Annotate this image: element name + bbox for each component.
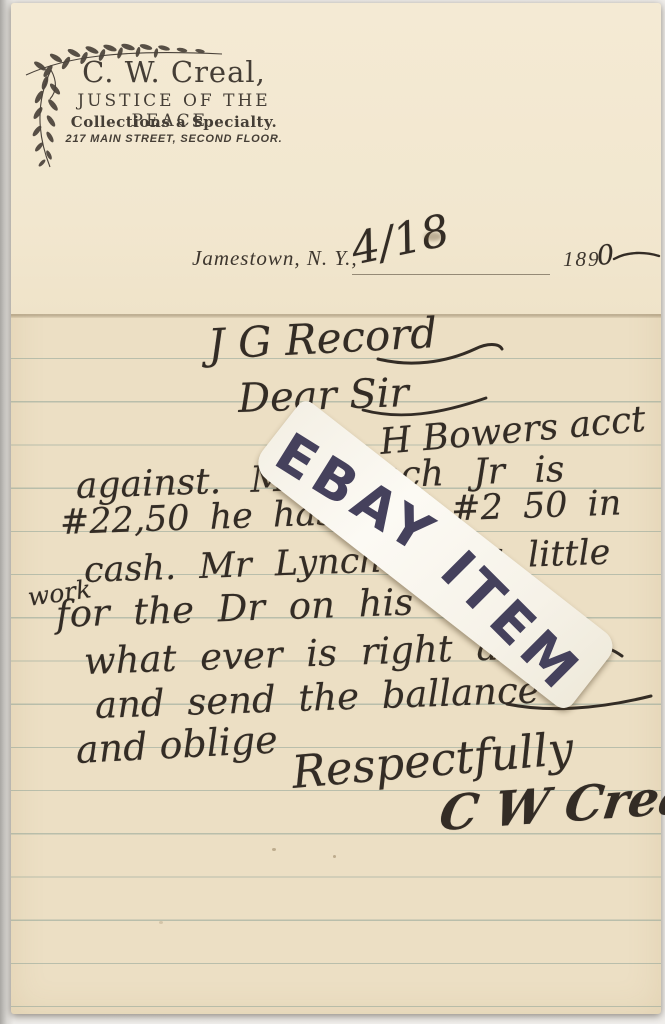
paper-speck xyxy=(272,848,276,851)
ink-flourish xyxy=(612,247,662,265)
dateline-rule xyxy=(352,274,550,275)
letter-paper: C. W. Creal, JUSTICE OF THE PEACE. Colle… xyxy=(11,3,661,1014)
paper-speck xyxy=(159,921,163,924)
letterhead-address: 217 MAIN STREET, SECOND FLOOR. xyxy=(40,133,308,145)
scan-background: C. W. Creal, JUSTICE OF THE PEACE. Colle… xyxy=(0,0,665,1024)
ink-smudge xyxy=(424,232,442,241)
letterhead-name: C. W. Creal, xyxy=(40,55,308,89)
paper-speck xyxy=(333,855,336,858)
dateline-place: Jamestown, N. Y., xyxy=(192,246,358,271)
letterhead-tagline: Collections a Specialty. xyxy=(40,113,308,131)
ink-flourish xyxy=(375,333,505,369)
dateline-year-printed: 189 xyxy=(563,247,601,272)
